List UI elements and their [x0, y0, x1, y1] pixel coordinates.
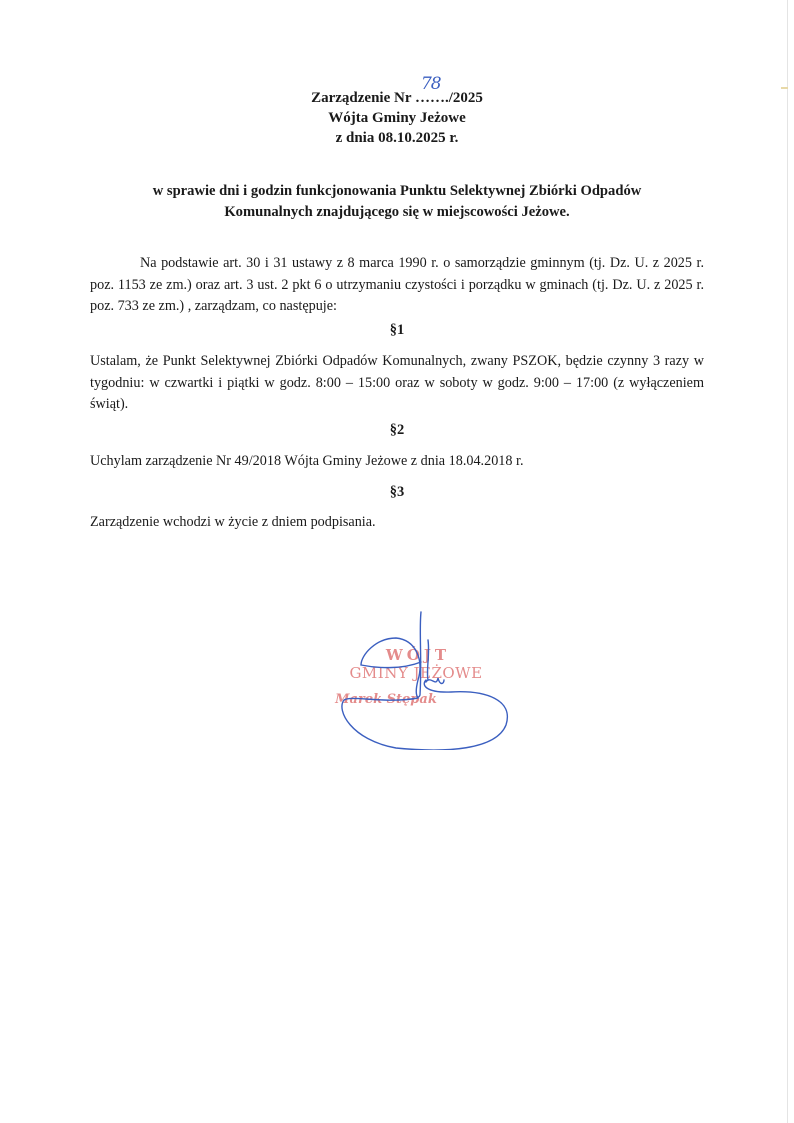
- section-1-text: Ustalam, że Punkt Selektywnej Zbiórki Od…: [90, 351, 704, 416]
- signature-icon: [326, 600, 526, 750]
- section-3-text: Zarządzenie wchodzi w życie z dniem podp…: [90, 512, 704, 534]
- ordinance-number-field: 78……./2025: [415, 88, 483, 108]
- document-subject: w sprawie dni i godzin funkcjonowania Pu…: [0, 181, 794, 223]
- scan-edge-line: [787, 0, 788, 1123]
- section-2-text: Uchylam zarządzenie Nr 49/2018 Wójta Gmi…: [90, 451, 704, 473]
- section-1-mark: §1: [0, 322, 794, 339]
- ordinance-number-prefix: Zarządzenie Nr: [311, 90, 415, 106]
- subject-line-1: w sprawie dni i godzin funkcjonowania Pu…: [0, 181, 794, 202]
- ordinance-number-line: Zarządzenie Nr 78……./2025: [0, 88, 794, 108]
- section-2-mark: §2: [0, 422, 794, 439]
- handwritten-number: 78: [421, 74, 441, 94]
- section-3-mark: §3: [0, 484, 794, 501]
- issuer-line: Wójta Gminy Jeżowe: [0, 108, 794, 128]
- document-header: Zarządzenie Nr 78……./2025 Wójta Gminy Je…: [0, 88, 794, 148]
- subject-line-2: Komunalnych znajdującego się w miejscowo…: [0, 202, 794, 223]
- date-line: z dnia 08.10.2025 r.: [0, 128, 794, 148]
- preamble-text: Na podstawie art. 30 i 31 ustawy z 8 mar…: [90, 255, 704, 314]
- official-stamp: WÓJT GMINY JEŻOWE Marek Stępak: [326, 600, 526, 750]
- preamble-paragraph: Na podstawie art. 30 i 31 ustawy z 8 mar…: [90, 253, 704, 318]
